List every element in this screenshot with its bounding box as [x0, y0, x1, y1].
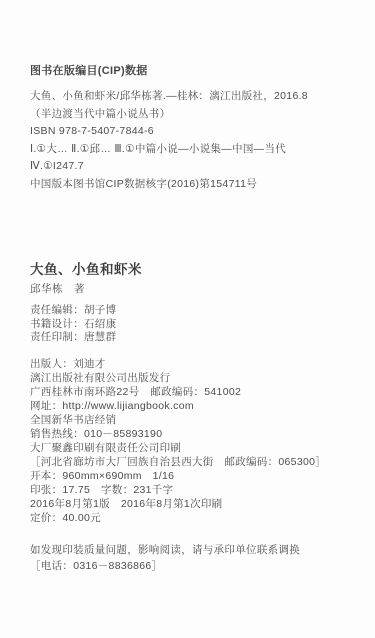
format-spec: 开本：960mm×690mm 1/16 — [30, 469, 326, 483]
book-designer: 书籍设计：石绍康 — [30, 318, 116, 332]
cip-title-statement: 大鱼、小鱼和虾米/邱华栋著.—桂林：漓江出版社，2016.8 — [30, 88, 308, 106]
print-supervisor: 责任印制：唐慧群 — [30, 331, 116, 345]
cip-record-block: 大鱼、小鱼和虾米/邱华栋著.—桂林：漓江出版社，2016.8 （半边渡当代中篇小… — [30, 88, 308, 193]
printer-address: ［河北省廊坊市大厂回族自治县西大街 邮政编码：065300］ — [30, 455, 326, 469]
distribution-statement: 全国新华书店经销 — [30, 413, 326, 427]
printer-company: 大厂聚鑫印刷有限责任公司印刷 — [30, 441, 326, 455]
book-author: 邱华栋 著 — [30, 281, 85, 296]
cip-data-header: 图书在版编目(CIP)数据 — [30, 62, 148, 78]
responsible-editor: 责任编辑：胡子博 — [30, 304, 116, 318]
quality-notice-text: 如发现印装质量问题，影响阅读，请与承印单位联系调换 — [30, 543, 300, 559]
publisher-company: 漓江出版社有限公司出版发行 — [30, 371, 326, 385]
quality-notice-phone: ［电话：0316－8836866］ — [30, 559, 300, 575]
cip-classification-1: Ⅰ.①大… Ⅱ.①邱… Ⅲ.①中篇小说—小说集—中国—当代 — [30, 141, 308, 159]
price: 定价：40.00元 — [30, 511, 326, 525]
publisher-person: 出版人：刘迪才 — [30, 357, 326, 371]
publisher-address: 广西桂林市南环路22号 邮政编码：541002 — [30, 385, 326, 399]
cip-series-statement: （半边渡当代中篇小说丛书） — [30, 106, 308, 124]
cip-record-number: 中国版本图书馆CIP数据核字(2016)第154711号 — [30, 176, 308, 194]
cip-classification-2: Ⅳ.①I247.7 — [30, 158, 308, 176]
edition-and-printing: 2016年8月第1版 2016年8月第1次印刷 — [30, 497, 326, 511]
staff-credits-block: 责任编辑：胡子博 书籍设计：石绍康 责任印制：唐慧群 — [30, 304, 116, 345]
publication-details-block: 出版人：刘迪才 漓江出版社有限公司出版发行 广西桂林市南环路22号 邮政编码：5… — [30, 357, 326, 525]
copyright-page: 图书在版编目(CIP)数据 大鱼、小鱼和虾米/邱华栋著.—桂林：漓江出版社，20… — [0, 0, 375, 638]
publisher-website: 网址：http://www.lijiangbook.com — [30, 399, 326, 413]
sheets-and-wordcount: 印张：17.75 字数：231千字 — [30, 483, 326, 497]
quality-notice-block: 如发现印装质量问题，影响阅读，请与承印单位联系调换 ［电话：0316－88368… — [30, 543, 300, 574]
book-title: 大鱼、小鱼和虾米 — [30, 258, 142, 278]
sales-hotline: 销售热线：010－85893190 — [30, 427, 326, 441]
cip-isbn: ISBN 978-7-5407-7844-6 — [30, 123, 308, 141]
